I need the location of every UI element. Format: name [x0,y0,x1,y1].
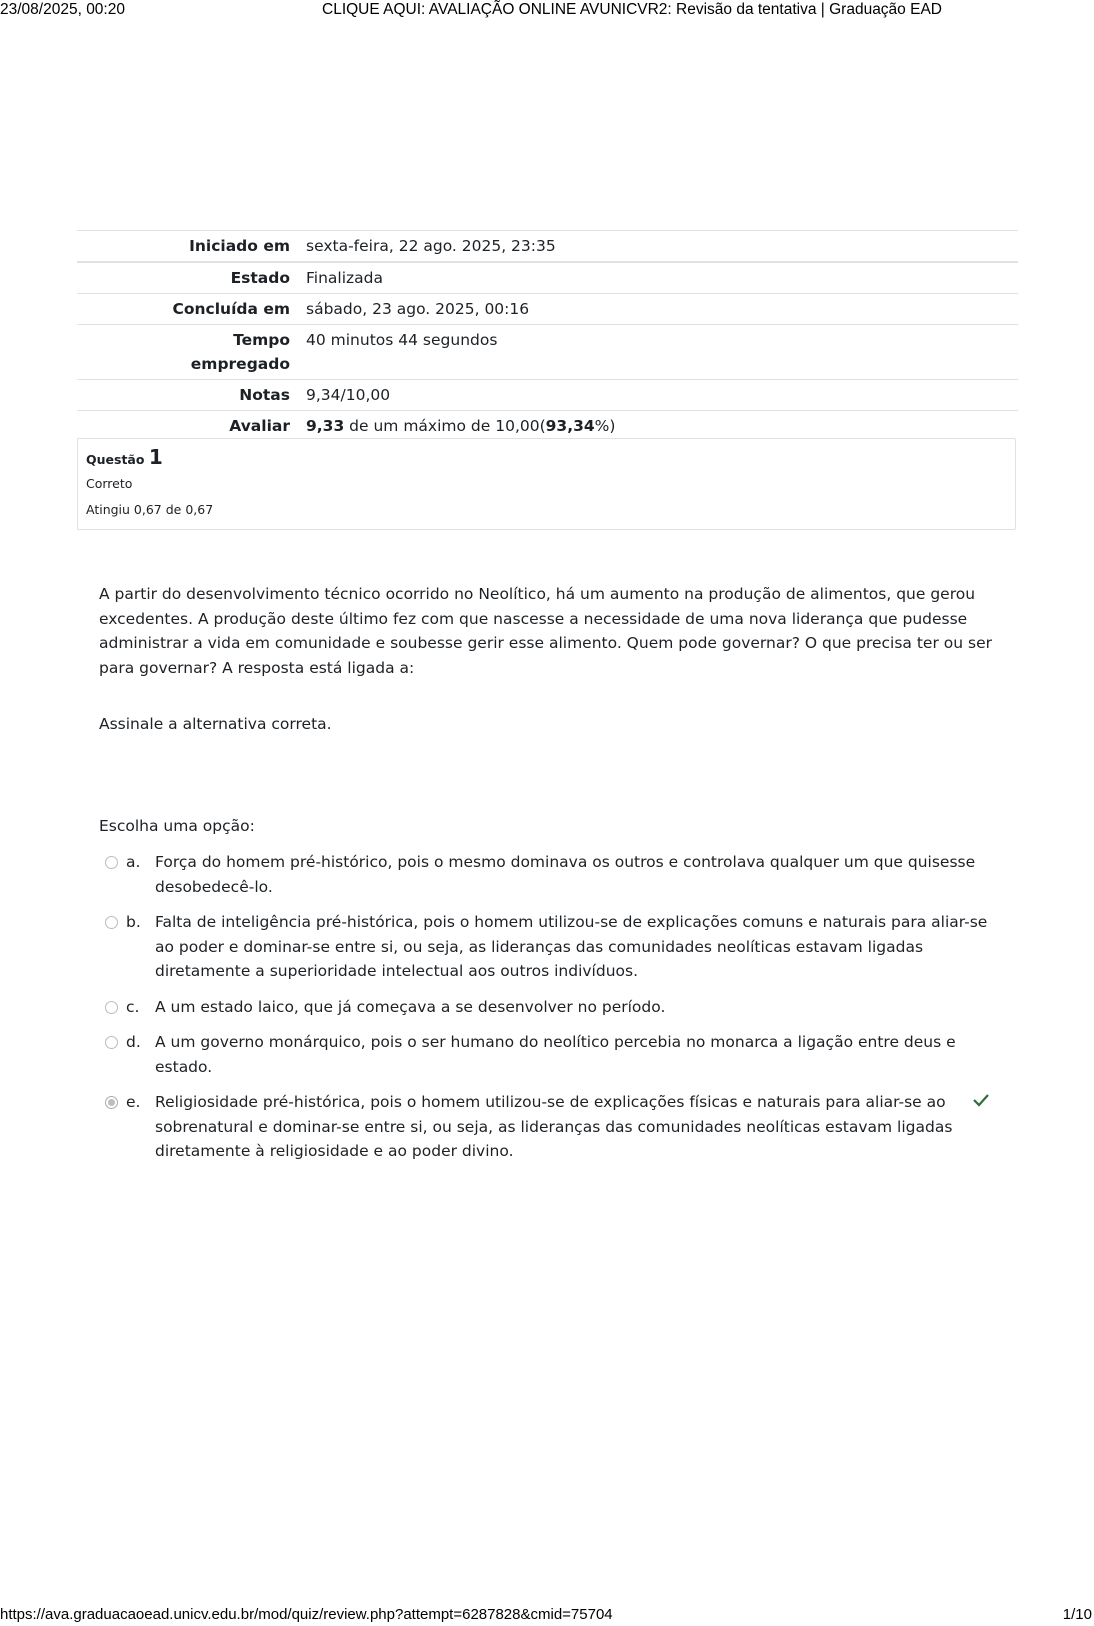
answer-text: Força do homem pré-histórico, pois o mes… [155,850,995,899]
answer-text: Religiosidade pré-histórica, pois o home… [155,1090,995,1164]
question-prompt: Assinale a alternativa correta. [99,712,332,736]
grade-score: 9,33 [306,417,344,435]
question-prefix: Questão [86,452,144,467]
answer-text: A um governo monárquico, pois o ser huma… [155,1030,995,1079]
print-url: https://ava.graduacaoead.unicv.edu.br/mo… [0,1606,613,1623]
answer-letter: d. [126,1030,155,1055]
grade-suffix: %) [595,417,616,435]
attempt-summary-table: Iniciado em sexta-feira, 22 ago. 2025, 2… [77,230,1018,441]
summary-value: 9,34/10,00 [298,380,1018,411]
question-info-box: Questão 1 Correto Atingiu 0,67 de 0,67 [77,438,1016,530]
question-state: Correto [86,474,1007,494]
summary-label: Concluída em [77,294,298,325]
print-footer: https://ava.graduacaoead.unicv.edu.br/mo… [0,1604,1094,1626]
summary-row-state: Estado Finalizada [77,262,1018,294]
summary-label: Iniciado em [77,231,298,263]
print-date: 23/08/2025, 00:20 [0,1,125,19]
answer-text: A um estado laico, que já começava a se … [155,995,995,1020]
summary-row-completed: Concluída em sábado, 23 ago. 2025, 00:16 [77,294,1018,325]
answer-option-a[interactable]: a. Força do homem pré-histórico, pois o … [105,850,1010,899]
summary-row-marks: Notas 9,34/10,00 [77,380,1018,411]
summary-row-grade: Avaliar 9,33 de um máximo de 10,00(93,34… [77,411,1018,442]
radio-button[interactable] [105,856,118,869]
answer-list: a. Força do homem pré-histórico, pois o … [105,850,1010,1175]
summary-label: Estado [77,262,298,294]
question-number-value: 1 [149,445,163,469]
answer-letter: b. [126,910,155,935]
radio-button[interactable] [105,1036,118,1049]
summary-row-time-taken: Tempo empregado 40 minutos 44 segundos [77,325,1018,380]
question-grade: Atingiu 0,67 de 0,67 [86,500,1007,520]
radio-button[interactable] [105,916,118,929]
answer-text: Falta de inteligência pré-histórica, poi… [155,910,995,984]
summary-label: Avaliar [77,411,298,442]
summary-label: Notas [77,380,298,411]
print-header: 23/08/2025, 00:20 CLIQUE AQUI: AVALIAÇÃO… [0,0,1094,22]
summary-label: Tempo empregado [77,325,298,380]
answer-option-d[interactable]: d. A um governo monárquico, pois o ser h… [105,1030,1010,1079]
radio-button-selected[interactable] [105,1096,118,1109]
answer-letter: c. [126,995,155,1020]
answer-option-b[interactable]: b. Falta de inteligência pré-histórica, … [105,910,1010,984]
answer-letter: e. [126,1090,155,1115]
summary-row-started: Iniciado em sexta-feira, 22 ago. 2025, 2… [77,231,1018,263]
summary-value: sábado, 23 ago. 2025, 00:16 [298,294,1018,325]
print-page-number: 1/10 [1063,1606,1092,1623]
summary-value: 40 minutos 44 segundos [298,325,1018,380]
print-title: CLIQUE AQUI: AVALIAÇÃO ONLINE AVUNICVR2:… [322,1,942,19]
grade-percent: 93,34 [546,417,595,435]
question-number: Questão 1 [86,447,1007,470]
answer-letter: a. [126,850,155,875]
grade-middle: de um máximo de 10,00( [344,417,545,435]
summary-value: sexta-feira, 22 ago. 2025, 23:35 [298,231,1018,263]
choose-option-label: Escolha uma opção: [99,814,255,838]
answer-option-c[interactable]: c. A um estado laico, que já começava a … [105,995,1010,1020]
summary-value: Finalizada [298,262,1018,294]
summary-value: 9,33 de um máximo de 10,00(93,34%) [298,411,1018,442]
question-text: A partir do desenvolvimento técnico ocor… [99,582,999,680]
radio-button[interactable] [105,1001,118,1014]
answer-option-e[interactable]: e. Religiosidade pré-histórica, pois o h… [105,1090,1010,1164]
check-icon [972,1090,990,1115]
